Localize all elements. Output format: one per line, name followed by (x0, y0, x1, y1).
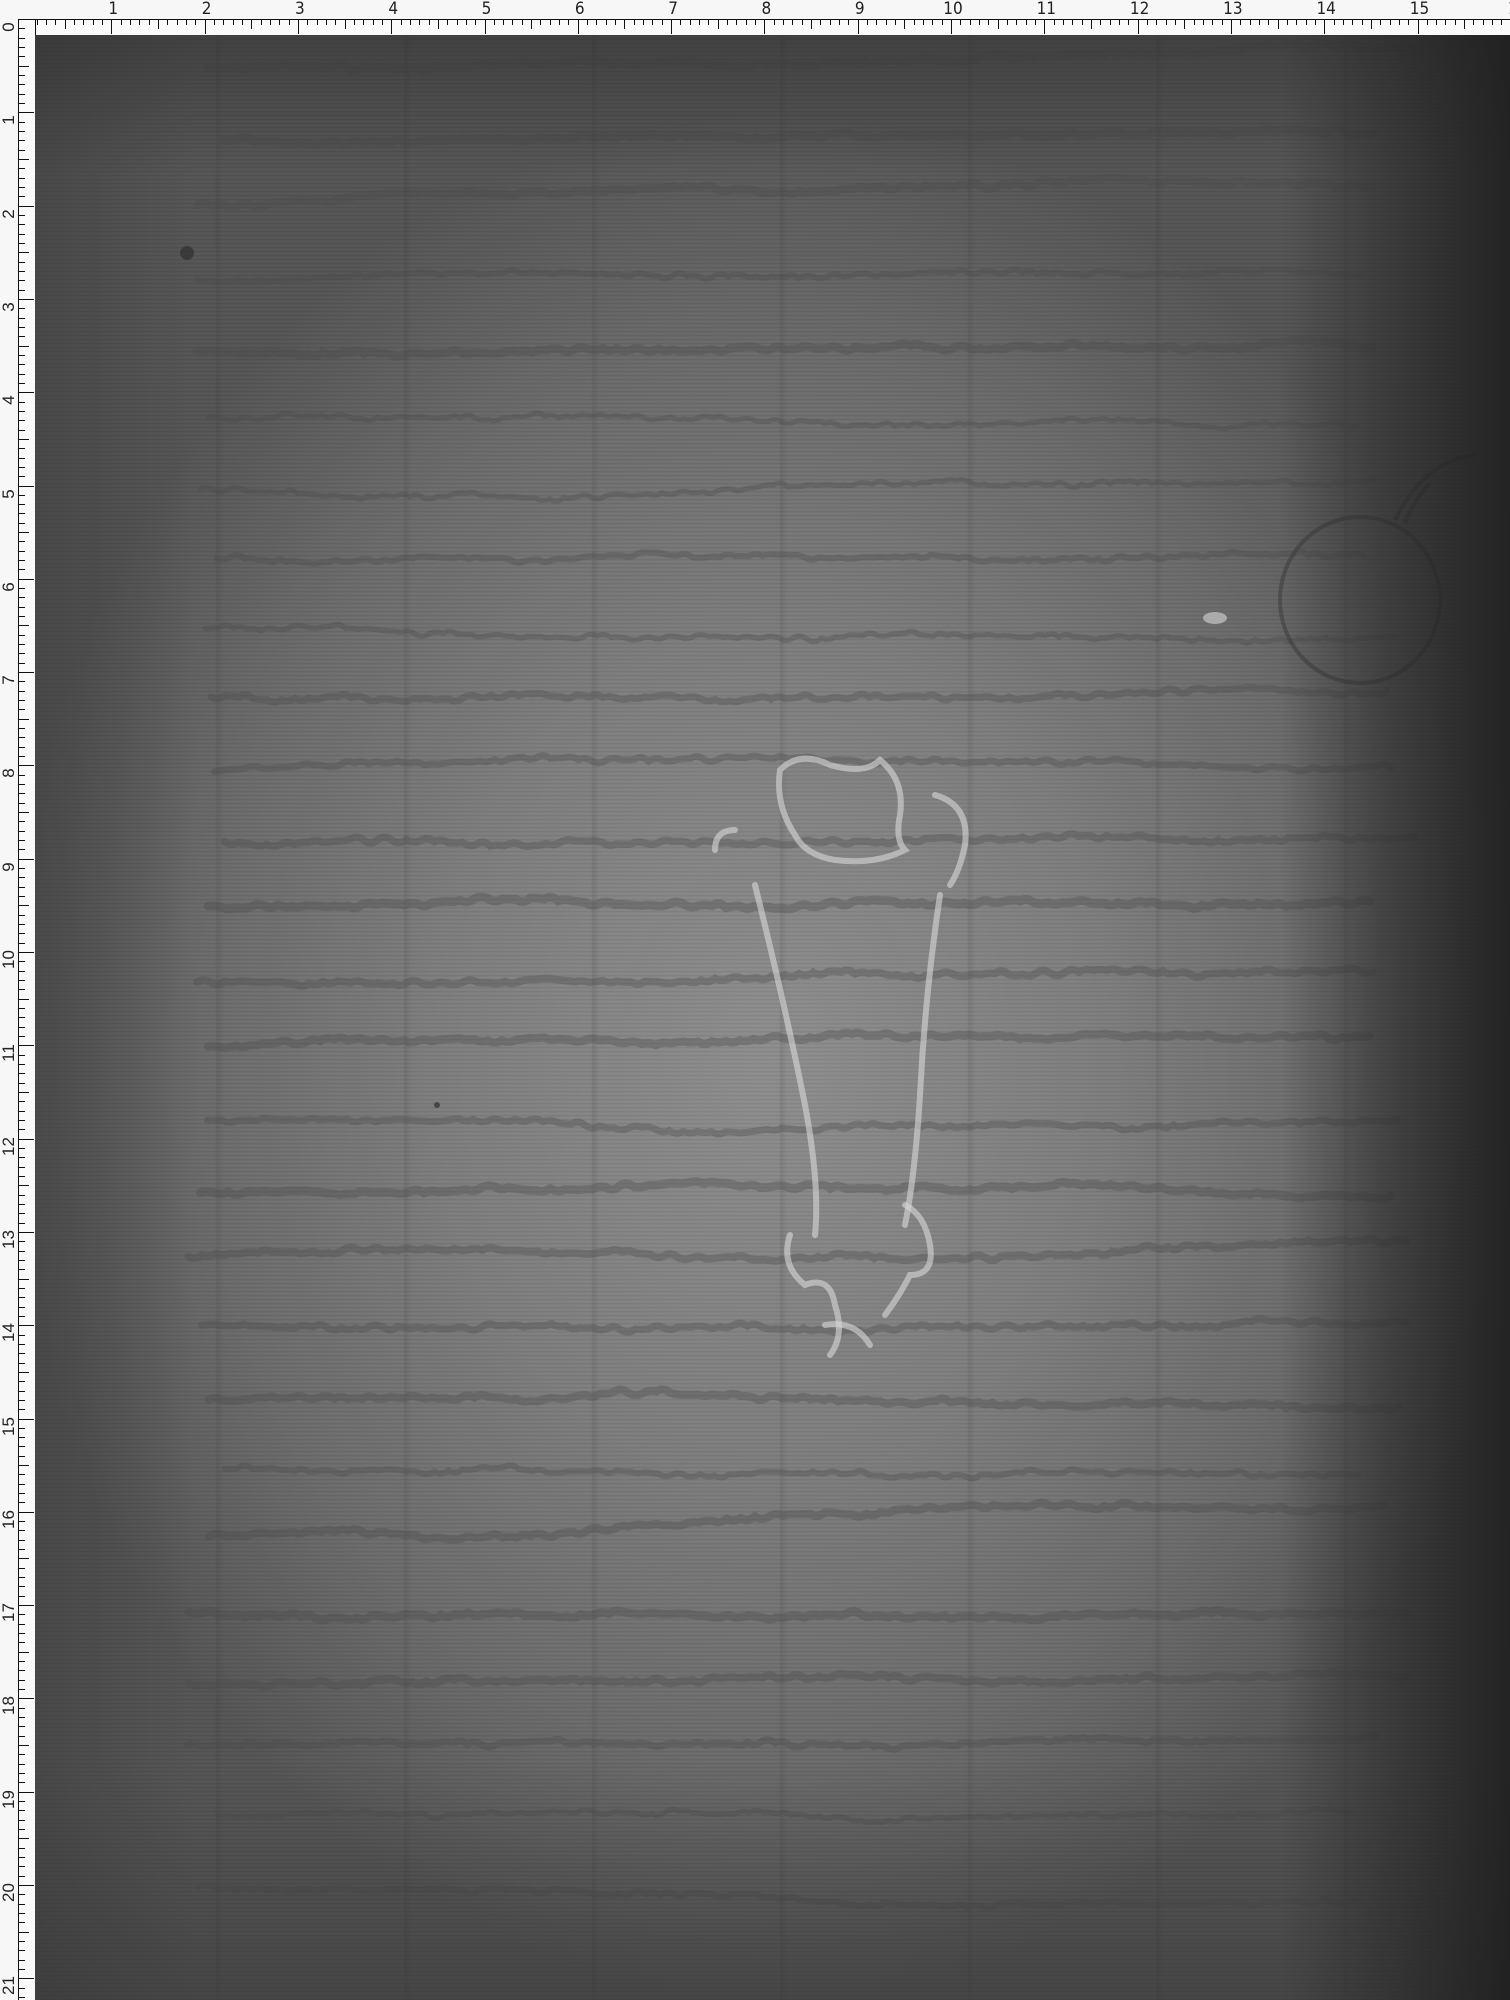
ruler-tick (18, 607, 25, 608)
ruler-tick (158, 19, 159, 29)
ruler-tick (18, 915, 25, 916)
ruler-tick (195, 19, 196, 25)
ruler-tick (18, 1251, 25, 1252)
ruler-tick (18, 1596, 25, 1597)
ruler-tick (18, 1773, 25, 1774)
ruler-tick (18, 691, 25, 692)
ruler-tick (18, 1885, 34, 1886)
ruler-label: 16 (0, 1511, 18, 1529)
ruler-tick (18, 560, 25, 561)
ruler-tick (307, 19, 308, 25)
ruler-tick (18, 616, 25, 617)
ruler-tick (18, 495, 25, 496)
ruler-tick (18, 280, 25, 281)
ruler-tick (531, 19, 532, 29)
ruler-tick (18, 1726, 25, 1727)
ruler-tick (18, 1754, 25, 1755)
ruler-tick (1100, 19, 1101, 25)
ruler-label: 5 (482, 0, 492, 18)
ruler-tick (18, 728, 25, 729)
ruler-tick (18, 719, 29, 720)
ruler-tick (18, 579, 34, 580)
ruler-tick (18, 448, 25, 449)
ruler-tick (18, 1045, 34, 1046)
ruler-tick (18, 868, 25, 869)
ruler-tick (401, 19, 402, 25)
ruler-tick (960, 19, 961, 25)
ruler-tick (18, 467, 25, 468)
ruler-tick (18, 1456, 25, 1457)
ruler-tick (18, 402, 25, 403)
ruler-tick (18, 1372, 29, 1373)
ruler-tick (18, 1978, 34, 1979)
ruler-tick (18, 215, 25, 216)
ruler-tick (1464, 19, 1465, 29)
ruler-tick (1072, 19, 1073, 25)
ruler-tick (18, 1568, 25, 1569)
ruler-tick (46, 19, 47, 25)
ruler-label: 4 (388, 0, 398, 18)
ruler-tick (1473, 19, 1474, 25)
ruler-tick (18, 1260, 25, 1261)
ruler-tick (18, 1036, 25, 1037)
ruler-tick (802, 19, 803, 25)
ruler-tick (18, 933, 25, 934)
ruler-tick (18, 635, 25, 636)
ruler-tick (1156, 19, 1157, 25)
ruler-tick (18, 318, 25, 319)
ruler-tick (18, 989, 25, 990)
ruler-tick (18, 1101, 25, 1102)
ruler-label: 7 (668, 0, 678, 18)
ruler-tick (1427, 19, 1428, 25)
ruler-tick (18, 541, 25, 542)
ruler-tick (830, 19, 831, 25)
ruler-tick (18, 224, 25, 225)
ruler-tick (1026, 19, 1027, 25)
ruler-tick (18, 290, 25, 291)
ruler-tick (18, 999, 29, 1000)
ruler-tick (18, 877, 25, 878)
ruler-tick (18, 1195, 25, 1196)
ruler-tick (18, 961, 25, 962)
ruler-tick (18, 327, 25, 328)
ruler-tick (18, 1185, 29, 1186)
ruler-tick (503, 19, 504, 25)
ruler-tick (708, 19, 709, 25)
ruler-tick (177, 19, 178, 25)
ruler-tick (18, 513, 25, 514)
ruler-tick (18, 1269, 25, 1270)
ruler-tick (18, 1484, 25, 1485)
ruler-tick (1371, 19, 1372, 29)
ruler-tick (18, 1521, 25, 1522)
ruler-tick (18, 1204, 25, 1205)
ruler-label: 21 (0, 1977, 18, 1995)
ruler-tick (18, 1857, 25, 1858)
ruler-tick (1007, 19, 1008, 25)
ruler-tick (988, 19, 989, 25)
ruler-tick (18, 1363, 25, 1364)
ruler-tick (18, 1820, 25, 1821)
ruler-tick (680, 19, 681, 25)
ruler-tick (18, 1064, 25, 1065)
ruler-tick (55, 19, 56, 25)
ruler-tick (121, 19, 122, 25)
ruler-tick (624, 19, 625, 29)
ruler-label: 9 (0, 858, 18, 876)
ruler-tick (18, 1838, 29, 1839)
ruler-tick (18, 1502, 25, 1503)
ruler-tick (270, 19, 271, 25)
ruler-tick (419, 19, 420, 25)
ruler-tick (18, 1512, 34, 1513)
ruler-tick (1035, 19, 1036, 25)
ruler-label: 3 (0, 298, 18, 316)
ruler-tick (111, 19, 112, 34)
ruler-label: 6 (575, 0, 585, 18)
ruler-tick (839, 19, 840, 25)
ruler-tick (18, 1717, 25, 1718)
ruler-label: 13 (1223, 0, 1242, 18)
ruler-tick (18, 1288, 25, 1289)
ruler-tick (102, 19, 103, 25)
ruler-tick (1054, 19, 1055, 25)
ruler-tick (18, 392, 34, 393)
ruler-tick (18, 1223, 25, 1224)
ruler-tick (18, 747, 25, 748)
ruler-tick (18, 1400, 25, 1401)
ruler-tick (18, 849, 25, 850)
ruler-tick (18, 588, 25, 589)
ruler-tick (559, 19, 560, 25)
ruler-tick (18, 1670, 25, 1671)
ruler-tick (18, 1297, 25, 1298)
ruler-label: 8 (762, 0, 772, 18)
ruler-tick (18, 840, 25, 841)
ruler-tick (512, 19, 513, 25)
ruler-tick (18, 355, 25, 356)
ruler-tick (1203, 19, 1204, 25)
ruler-label: 20 (0, 1884, 18, 1902)
ruler-tick (18, 1801, 25, 1802)
ruler-tick (652, 19, 653, 25)
ruler-tick (18, 159, 29, 160)
ruler-tick (18, 252, 29, 253)
ruler-tick (18, 1614, 25, 1615)
ruler-tick (736, 19, 737, 25)
ruler-tick (18, 672, 34, 673)
ruler-tick (18, 308, 25, 309)
ruler-tick (18, 1633, 25, 1634)
ink-spot (434, 1102, 440, 1108)
ruler-tick (18, 1409, 25, 1410)
ruler-label: 6 (0, 578, 18, 596)
ruler-tick (18, 439, 29, 440)
ruler-tick (18, 887, 25, 888)
ruler-tick (1231, 19, 1232, 34)
ruler-tick (792, 19, 793, 25)
ruler-tick (1212, 19, 1213, 25)
ruler-tick (1222, 19, 1223, 25)
ruler-tick (317, 19, 318, 25)
ruler-tick (1315, 19, 1316, 25)
ruler-tick (83, 19, 84, 25)
ruler-label: 13 (0, 1231, 18, 1249)
ruler-label: 1 (108, 0, 118, 18)
ruler-tick (970, 19, 971, 25)
ruler-tick (93, 19, 94, 25)
ruler-tick (251, 19, 252, 29)
ruler-tick (18, 1792, 34, 1793)
ruler-tick (1138, 19, 1139, 34)
ruler-tick (1110, 19, 1111, 25)
ruler-tick (1147, 19, 1148, 25)
ruler-tick (867, 19, 868, 25)
ruler-tick (634, 19, 635, 25)
ruler-tick (149, 19, 150, 25)
ruler-tick (1445, 19, 1446, 25)
ruler-tick (18, 1176, 25, 1177)
ruler-tick (1380, 19, 1381, 25)
ruler-tick (18, 1848, 25, 1849)
ruler-tick (18, 1922, 25, 1923)
ruler-tick (18, 821, 25, 822)
ruler-label: 12 (0, 1138, 18, 1156)
ruler-tick (1287, 19, 1288, 25)
ruler-tick (18, 1624, 25, 1625)
ruler-tick (18, 943, 25, 944)
ruler-tick (18, 532, 29, 533)
ruler-tick (18, 1894, 25, 1895)
ruler-tick (335, 19, 336, 25)
ruler-label: 7 (0, 671, 18, 689)
ruler-tick (233, 19, 234, 25)
ruler-label: 11 (1037, 0, 1056, 18)
ruler-tick (932, 19, 933, 25)
ruler-tick (186, 19, 187, 25)
ruler-tick (354, 19, 355, 25)
ruler-tick (18, 1017, 25, 1018)
ruler-tick (130, 19, 131, 25)
ruler-tick (18, 112, 34, 113)
ruler-tick (18, 75, 25, 76)
ruler-tick (18, 140, 25, 141)
ruler-tick (18, 458, 25, 459)
ruler-tick (382, 19, 383, 25)
ruler-tick (914, 19, 915, 25)
ruler-tick (18, 1148, 25, 1149)
ruler-tick (18, 1419, 34, 1420)
ruler-tick (783, 19, 784, 25)
ruler-tick (18, 346, 29, 347)
ruler-tick (1194, 19, 1195, 25)
ruler-tick (550, 19, 551, 25)
ruler-tick (18, 364, 25, 365)
ruler-tick (1184, 19, 1185, 29)
ruler-label: 8 (0, 764, 18, 782)
ruler-tick (1408, 19, 1409, 25)
ruler-label: 17 (0, 1604, 18, 1622)
ruler-tick (18, 1932, 29, 1933)
ruler-tick (18, 420, 25, 421)
vertical-ruler-strip (18, 19, 36, 2000)
ruler-label: 10 (943, 0, 962, 18)
ruler-tick (18, 38, 25, 39)
ruler-tick (18, 1829, 25, 1830)
ruler-tick (18, 411, 25, 412)
ruler-tick (1390, 19, 1391, 25)
ruler-tick (1250, 19, 1251, 25)
ruler-tick (18, 1139, 34, 1140)
ruler-tick (755, 19, 756, 25)
ruler-tick (1436, 19, 1437, 25)
ruler-tick (214, 19, 215, 25)
ruler-tick (289, 19, 290, 25)
ruler-label: 14 (0, 1324, 18, 1342)
ruler-tick (727, 19, 728, 25)
ruler-tick (18, 1876, 25, 1877)
ruler-tick (429, 19, 430, 25)
ruler-label: 19 (0, 1791, 18, 1809)
ruler-tick (494, 19, 495, 25)
ruler-tick (18, 1605, 34, 1606)
ruler-tick (18, 803, 25, 804)
ruler-tick (606, 19, 607, 25)
ruler-tick (998, 19, 999, 29)
ruler-tick (18, 1960, 25, 1961)
ruler-tick (74, 19, 75, 25)
ruler-tick (18, 1055, 25, 1056)
ruler-tick (18, 1083, 25, 1084)
ruler-tick (1399, 19, 1400, 25)
ruler-tick (18, 299, 34, 300)
ruler-tick (18, 1232, 34, 1233)
ruler-tick (167, 19, 168, 25)
ruler-tick (18, 1997, 25, 1998)
ruler-tick (1044, 19, 1045, 34)
ruler-tick (18, 1652, 29, 1653)
ruler-tick (18, 262, 25, 263)
ruler-tick (18, 1213, 25, 1214)
ruler-tick (18, 1708, 25, 1709)
ruler-tick (18, 1736, 25, 1737)
ruler-tick (1483, 19, 1484, 25)
ruler-tick (858, 19, 859, 34)
ruler-tick (18, 1549, 25, 1550)
ruler-label: 4 (0, 391, 18, 409)
ruler-tick (18, 206, 34, 207)
ruler-tick (18, 84, 25, 85)
ruler-tick (18, 569, 25, 570)
ruler-label: 15 (1410, 0, 1429, 18)
ruler-tick (690, 19, 691, 25)
ruler-tick (18, 1307, 25, 1308)
ruler-tick (18, 168, 25, 169)
ruler-tick (923, 19, 924, 25)
ruler-tick (18, 1353, 25, 1354)
ruler-tick (1240, 19, 1241, 25)
ruler-tick (18, 187, 25, 188)
ruler-tick (391, 19, 392, 34)
ruler-tick (18, 1586, 25, 1587)
ruler-tick (18, 793, 25, 794)
ruler-tick (18, 28, 25, 29)
ruler-tick (18, 784, 25, 785)
ruler-tick (223, 19, 224, 25)
ruler-tick (18, 234, 25, 235)
ruler-tick (18, 1167, 25, 1168)
ruler-tick (18, 1698, 34, 1699)
ruler-label: 10 (0, 951, 18, 969)
ruler-label: 9 (855, 0, 865, 18)
ruler-tick (1306, 19, 1307, 25)
ruler-tick (457, 19, 458, 25)
ruler-tick (18, 1027, 25, 1028)
ruler-tick (1082, 19, 1083, 25)
ruler-tick (1418, 19, 1419, 34)
ruler-tick (18, 775, 25, 776)
bright-spot (1203, 612, 1227, 624)
ruler-tick (671, 19, 672, 34)
ruler-tick (18, 1782, 25, 1783)
ruler-label: 1 (0, 111, 18, 129)
ruler-tick (65, 19, 66, 29)
ruler-tick (18, 1111, 25, 1112)
ruler-tick (18, 1764, 25, 1765)
ruler-tick (18, 1073, 25, 1074)
ruler-tick (587, 19, 588, 25)
ruler-tick (18, 971, 25, 972)
ruler-tick (578, 19, 579, 34)
ruler-tick (139, 19, 140, 25)
ruler-tick (18, 1689, 25, 1690)
ruler-tick (18, 122, 25, 123)
ruler-label: 2 (0, 205, 18, 223)
ruler-tick (447, 19, 448, 25)
ruler-tick (886, 19, 887, 25)
ruler-tick (18, 47, 25, 48)
ruler-tick (466, 19, 467, 25)
ruler-tick (18, 663, 25, 664)
ruler-tick (1278, 19, 1279, 29)
ruler-tick (18, 1344, 25, 1345)
ruler-tick (979, 19, 980, 25)
ruler-tick (18, 681, 25, 682)
ruler-tick (18, 271, 25, 272)
ruler-tick (18, 1642, 25, 1643)
ruler-tick (18, 1969, 25, 1970)
ruler-tick (1259, 19, 1260, 25)
ruler-tick (1324, 19, 1325, 34)
ruler-tick (18, 486, 34, 487)
ruler-tick (18, 952, 34, 953)
ruler-tick (18, 765, 34, 766)
ruler-tick (1492, 19, 1493, 25)
ruler-tick (18, 1325, 34, 1326)
ruler-label: 12 (1130, 0, 1149, 18)
ruler-tick (18, 1530, 25, 1531)
ruler-tick (18, 476, 25, 477)
ruler-tick (18, 1866, 25, 1867)
ruler-label: 3 (295, 0, 305, 18)
ruler-tick (18, 1745, 29, 1746)
ruler-tick (410, 19, 411, 25)
ruler-tick (18, 131, 25, 132)
ruler-tick (18, 756, 25, 757)
ruler-tick (18, 66, 29, 67)
ruler-tick (820, 19, 821, 25)
